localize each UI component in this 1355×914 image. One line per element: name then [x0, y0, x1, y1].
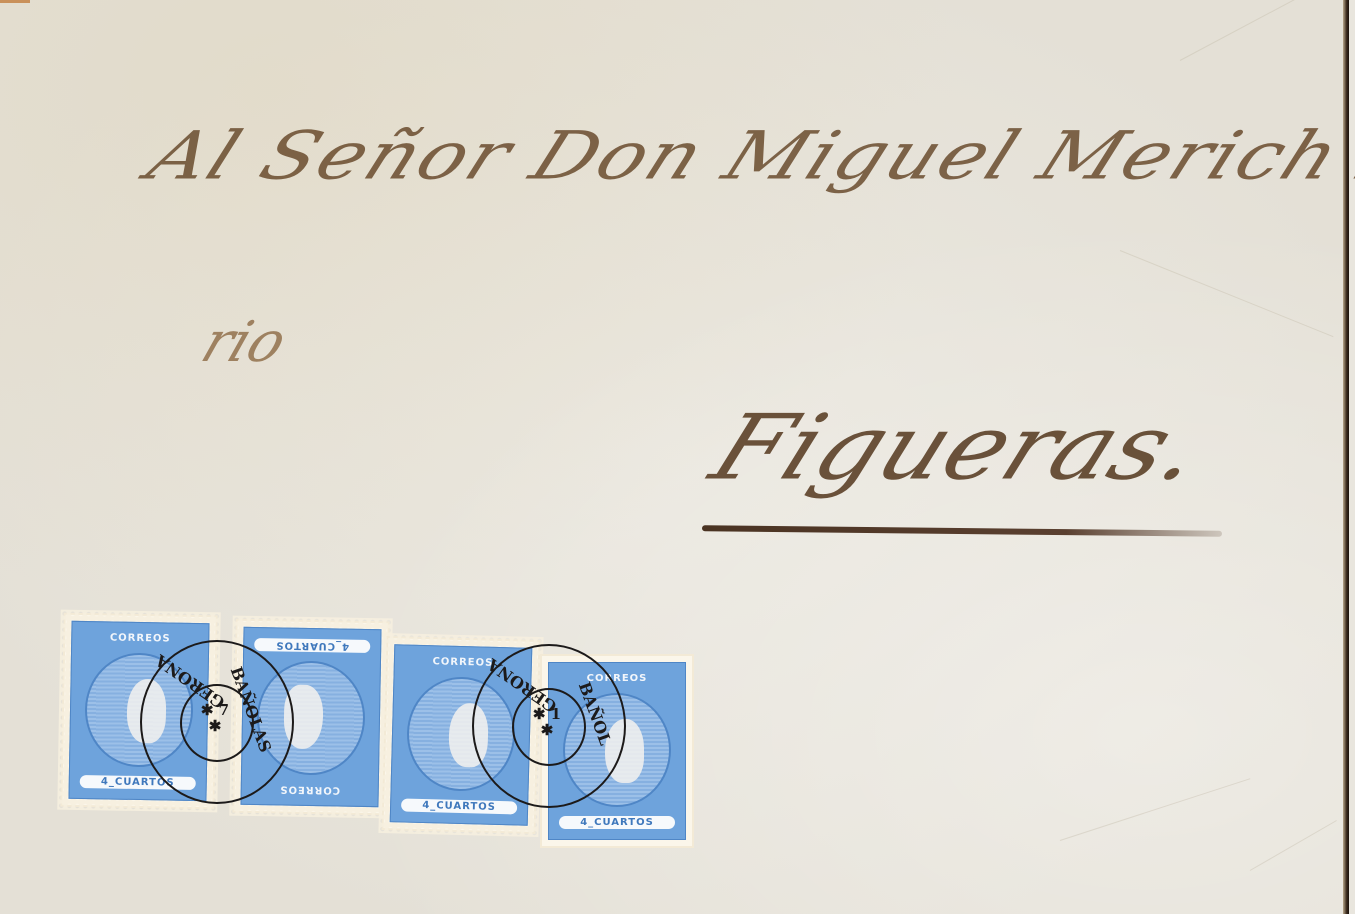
stamp-portrait-oval [406, 676, 517, 793]
stamp-value: 4_CUARTOS [80, 775, 196, 790]
stamp-portrait-oval [256, 660, 366, 776]
postage-stamp: CORREOS 4_CUARTOS [384, 638, 539, 832]
address-recipient-continued: rio [193, 310, 295, 375]
stamp-value: 4_CUARTOS [254, 638, 370, 653]
queen-portrait-icon [283, 685, 324, 749]
stamp-frame: CORREOS 4_CUARTOS [240, 627, 381, 807]
queen-portrait-icon [605, 719, 645, 783]
paper-crease [1120, 250, 1334, 337]
postage-stamp: CORREOS 4_CUARTOS [62, 615, 215, 808]
stamp-portrait-oval [563, 693, 671, 807]
stamp-value: 4_CUARTOS [559, 816, 675, 829]
paper-crease [1180, 0, 1331, 61]
queen-portrait-icon [126, 679, 167, 743]
stamp-frame: CORREOS 4_CUARTOS [390, 644, 533, 826]
postage-stamp-inverted: CORREOS 4_CUARTOS [234, 621, 387, 814]
stamp-header: CORREOS [559, 673, 675, 684]
edge-stain [0, 0, 30, 3]
stamp-frame: CORREOS 4_CUARTOS [68, 621, 209, 801]
paper-crease [1250, 820, 1337, 871]
address-city: Figueras. [697, 395, 1219, 500]
stamp-header: CORREOS [82, 632, 198, 645]
stamp-header: CORREOS [405, 656, 521, 670]
stamp-value: 4_CUARTOS [401, 798, 517, 814]
stamp-header: CORREOS [252, 783, 368, 796]
queen-portrait-icon [448, 703, 489, 768]
address-recipient: Al Señor Don Miguel Merich Nota- [137, 118, 1355, 195]
stamp-frame: CORREOS 4_CUARTOS [548, 662, 686, 840]
stamp-portrait-oval [84, 652, 194, 768]
envelope: Al Señor Don Miguel Merich Nota- rio Fig… [0, 0, 1349, 914]
paper-crease [1060, 778, 1251, 841]
postage-stamp: CORREOS 4_CUARTOS [542, 656, 692, 846]
address-underline [702, 525, 1222, 536]
